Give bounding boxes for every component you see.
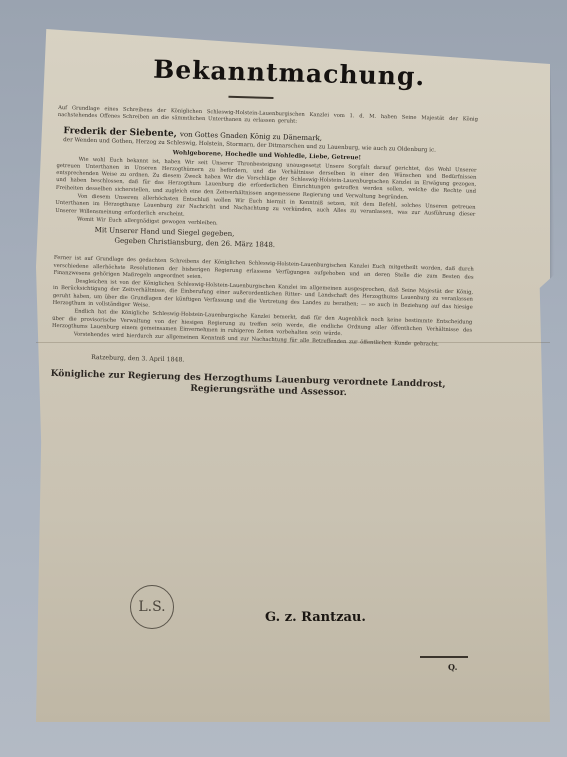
title-rule bbox=[228, 96, 273, 99]
seal-text: L.S. bbox=[138, 599, 165, 615]
document-body: Bekanntmachung. Auf Grundlage eines Schr… bbox=[50, 40, 480, 401]
signatory: G. z. Rantzau. bbox=[265, 610, 366, 625]
page-marker: Q. bbox=[448, 662, 457, 672]
page-marker-rule bbox=[420, 656, 468, 658]
place-date: Ratzeburg, den 3. April 1848. bbox=[91, 354, 471, 372]
document-title: Bekanntmachung. bbox=[99, 53, 480, 93]
seal-stamp-icon: L.S. bbox=[130, 585, 174, 629]
